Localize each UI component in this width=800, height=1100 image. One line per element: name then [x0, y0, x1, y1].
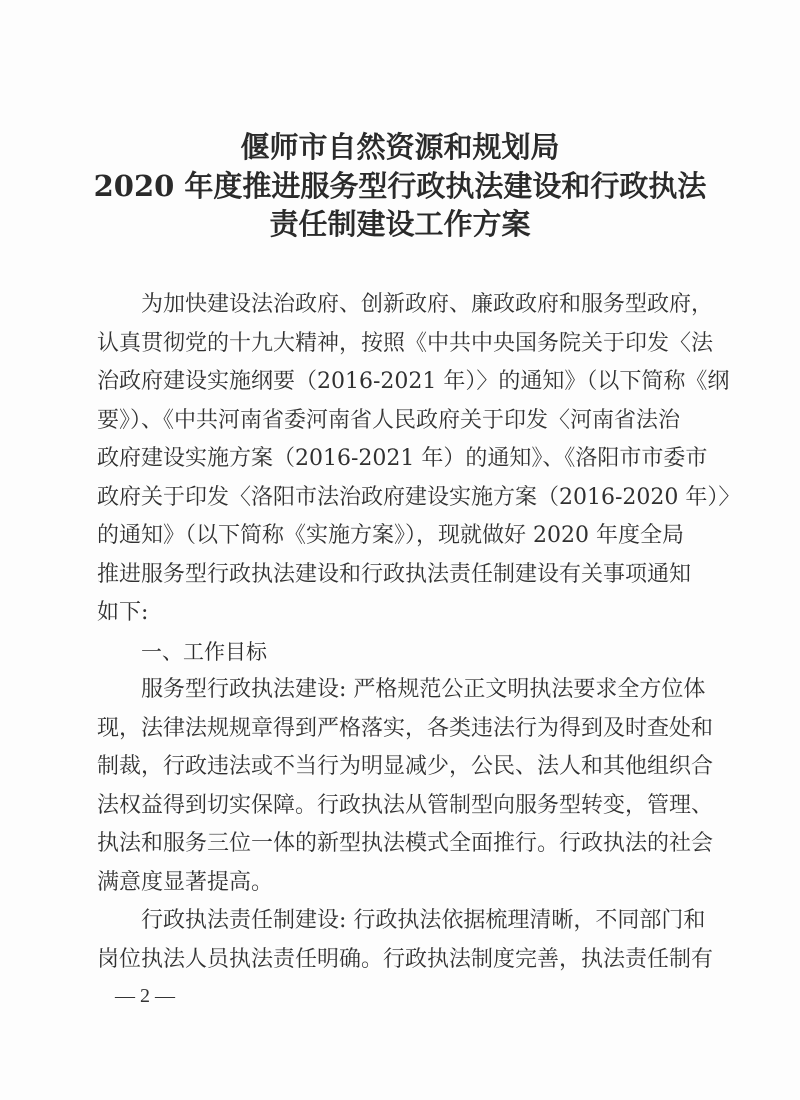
text-line: 现，法律法规规章得到严格落实，各类违法行为得到及时查处和: [97, 710, 675, 749]
document-page: 偃师市自然资源和规划局 2020 年度推进服务型行政执法建设和行政执法 责任制建…: [0, 0, 800, 1100]
text-line: 制裁，行政违法或不当行为明显减少，公民、法人和其他组织合: [97, 748, 675, 787]
text-line: 要》）、《中共河南省委河南省人民政府关于印发〈河南省法治: [97, 402, 675, 441]
text-line: 满意度显著提高。: [97, 864, 675, 903]
text-line: 政府建设实施方案（2016-2021 年）的通知》、《洛阳市市委市: [97, 440, 675, 479]
text-line: 岗位执法人员执法责任明确。行政执法制度完善，执法责任制有: [97, 941, 675, 980]
document-title: 偃师市自然资源和规划局 2020 年度推进服务型行政执法建设和行政执法 责任制建…: [0, 128, 800, 244]
responsibility-paragraph: 行政执法责任制建设: 行政执法依据梳理清晰，不同部门和 岗位执法人员执法责任明确…: [97, 902, 675, 979]
text-line: 治政府建设实施纲要（2016-2021 年）〉的通知》（以下简称《纲: [97, 363, 675, 402]
text-line: 认真贯彻党的十九大精神，按照《中共中央国务院关于印发〈法: [97, 325, 675, 364]
text-line: 服务型行政执法建设: 严格规范公正文明执法要求全方位体: [97, 671, 675, 710]
title-line-3: 责任制建设工作方案: [0, 205, 800, 244]
text-line: 的通知》（以下简称《实施方案》），现就做好 2020 年度全局: [97, 517, 675, 556]
document-body: 为加快建设法治政府、创新政府、廉政政府和服务型政府， 认真贯彻党的十九大精神，按…: [97, 286, 675, 979]
section-heading: 一、工作目标: [97, 633, 675, 672]
service-enforcement-paragraph: 服务型行政执法建设: 严格规范公正文明执法要求全方位体 现，法律法规规章得到严格…: [97, 671, 675, 902]
title-line-1: 偃师市自然资源和规划局: [0, 128, 800, 167]
text-line: 法权益得到切实保障。行政执法从管制型向服务型转变，管理、: [97, 787, 675, 826]
text-line: 政府关于印发〈洛阳市法治政府建设实施方案（2016-2020 年）〉: [97, 479, 675, 518]
intro-paragraph: 为加快建设法治政府、创新政府、廉政政府和服务型政府， 认真贯彻党的十九大精神，按…: [97, 286, 675, 633]
text-line: 执法和服务三位一体的新型执法模式全面推行。行政执法的社会: [97, 825, 675, 864]
text-line: 如下:: [97, 594, 675, 633]
text-line: 为加快建设法治政府、创新政府、廉政政府和服务型政府，: [97, 286, 675, 325]
text-line: 推进服务型行政执法建设和行政执法责任制建设有关事项通知: [97, 556, 675, 595]
page-number: — 2 —: [115, 985, 175, 1008]
title-line-2: 2020 年度推进服务型行政执法建设和行政执法: [0, 167, 800, 206]
text-line: 行政执法责任制建设: 行政执法依据梳理清晰，不同部门和: [97, 902, 675, 941]
